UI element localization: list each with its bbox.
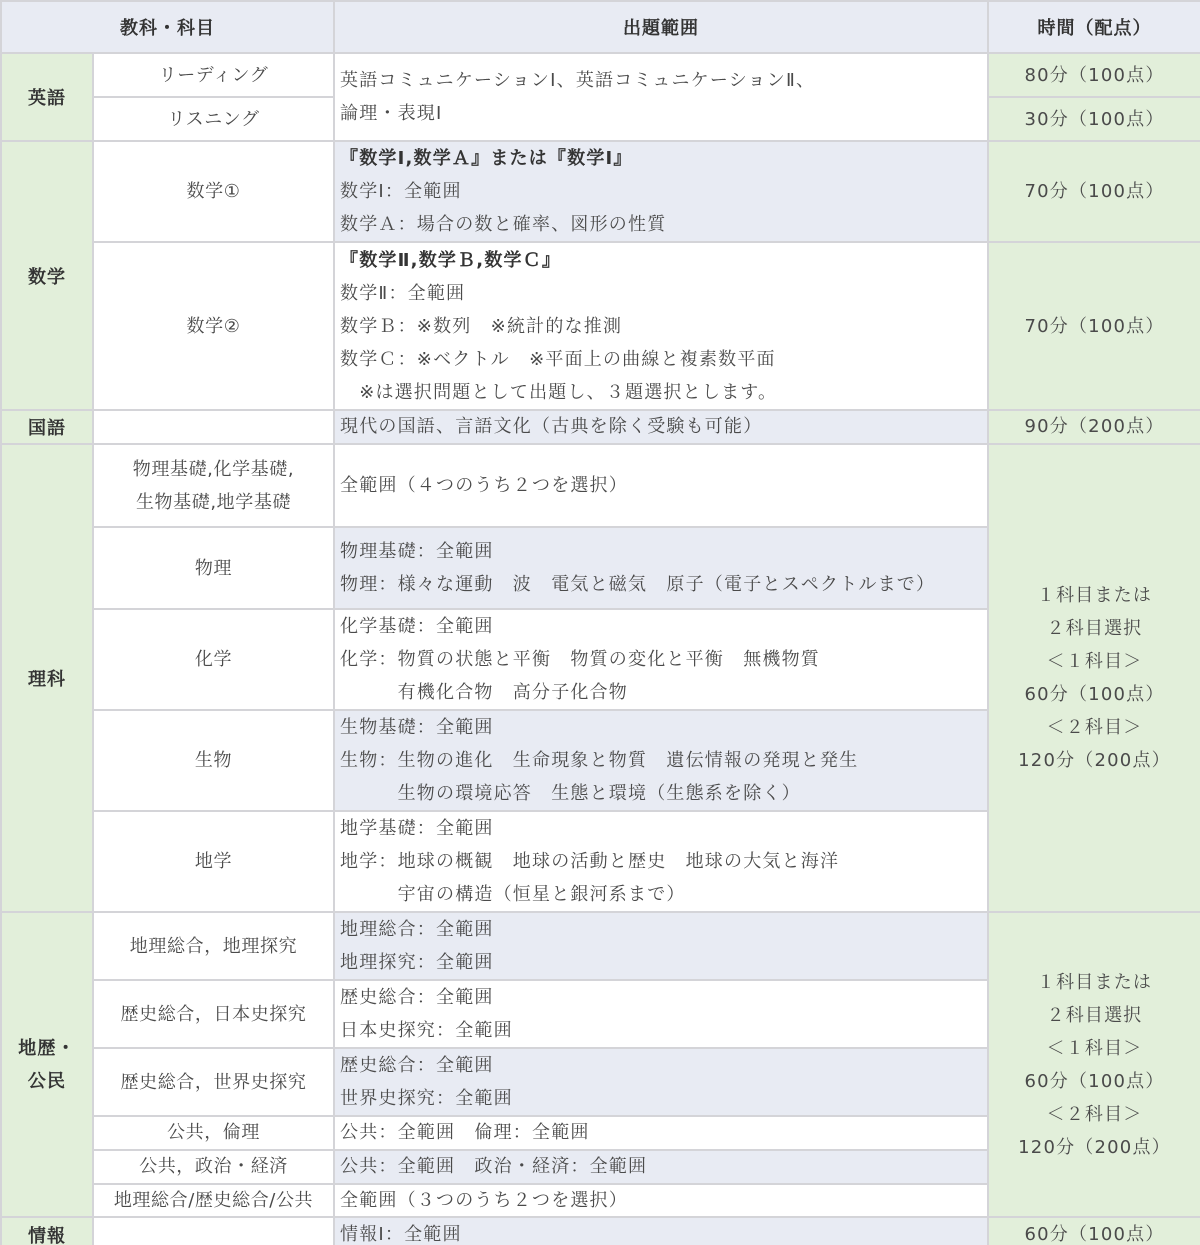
time-label: 70分（100点） [994,310,1195,343]
range-line: 英語コミュニケーションⅠ、英語コミュニケーションⅡ、 [340,64,982,97]
course-cell: 数学① [93,141,334,242]
range-note: ※は選択問題として出題し、３題選択とします。 [340,376,982,409]
course-label: 化学 [99,643,328,676]
range-cell: 全範囲（４つのうち２つを選択） [334,444,988,527]
course-label: 数学① [99,175,328,208]
range-line: 歴史総合：全範囲 [340,1049,982,1082]
time-line: ＜２科目＞ [994,1098,1195,1131]
range-line: 歴史総合：全範囲 [340,981,982,1014]
time-cell: 60分（100点） [988,1217,1200,1245]
subject-cell-math: 数学 [1,141,93,410]
time-cell: 30分（100点） [988,97,1200,141]
range-cell: 地学基礎：全範囲 地学：地球の概観 地球の活動と歴史 地球の大気と海洋 宇宙の構… [334,811,988,912]
table-row-math-1: 数学 数学① 『数学Ⅰ,数学Ａ』または『数学Ⅰ』 数学Ⅰ：全範囲 数学Ａ：場合の… [1,141,1200,242]
course-label: 歴史総合，日本史探究 [99,998,328,1031]
course-label: 数学② [99,310,328,343]
table-row-math-2: 数学② 『数学Ⅱ,数学Ｂ,数学Ｃ』 数学Ⅱ：全範囲 数学Ｂ：※数列 ※統計的な推… [1,242,1200,410]
range-line: 公共：全範囲 倫理：全範囲 [340,1118,982,1148]
course-label: 公共，政治・経済 [99,1152,328,1182]
range-cell: 『数学Ⅰ,数学Ａ』または『数学Ⅰ』 数学Ⅰ：全範囲 数学Ａ：場合の数と確率、図形… [334,141,988,242]
table-header-row: 教科・科目 出題範囲 時間（配点） [1,1,1200,53]
course-cell: 物理 [93,527,334,609]
range-line: 情報Ⅰ：全範囲 [340,1220,982,1245]
course-cell: 地理総合，地理探究 [93,912,334,980]
course-cell: 化学 [93,609,334,710]
time-line: ２科目選択 [994,612,1195,645]
time-line: １科目または [994,966,1195,999]
range-line: 有機化合物 高分子化合物 [340,676,982,709]
range-line: 論理・表現Ⅰ [340,97,982,130]
range-cell: 『数学Ⅱ,数学Ｂ,数学Ｃ』 数学Ⅱ：全範囲 数学Ｂ：※数列 ※統計的な推測 数学… [334,242,988,410]
time-label: 70分（100点） [994,175,1195,208]
course-label: 地学 [99,845,328,878]
subject-cell-civics: 地歴・ 公民 [1,912,93,1217]
range-cell: 英語コミュニケーションⅠ、英語コミュニケーションⅡ、 論理・表現Ⅰ [334,53,988,141]
header-subject: 教科・科目 [1,1,334,53]
time-line: 120分（200点） [994,1131,1195,1164]
range-line: 地学基礎：全範囲 [340,812,982,845]
course-label: リスニング [99,103,328,136]
table-row-japanese: 国語 現代の国語、言語文化（古典を除く受験も可能） 90分（200点） [1,410,1200,444]
range-line: 世界史探究：全範囲 [340,1082,982,1115]
range-line: 公共：全範囲 政治・経済：全範囲 [340,1152,982,1182]
range-line: 現代の国語、言語文化（古典を除く受験も可能） [340,412,982,442]
course-cell: 公共，政治・経済 [93,1150,334,1184]
time-line: ２科目選択 [994,999,1195,1032]
table-row-science-basic: 理科 物理基礎,化学基礎, 生物基礎,地学基礎 全範囲（４つのうち２つを選択） … [1,444,1200,527]
course-cell-empty [93,410,334,444]
range-title: 『数学Ⅰ,数学Ａ』または『数学Ⅰ』 [340,142,982,175]
range-line: 全範囲（３つのうち２つを選択） [340,1186,982,1216]
course-cell: 地理総合/歴史総合/公共 [93,1184,334,1217]
range-line: 地理探究：全範囲 [340,946,982,979]
range-line: 数学Ａ：場合の数と確率、図形の性質 [340,208,982,241]
subject-cell-science: 理科 [1,444,93,912]
time-line: ＜２科目＞ [994,711,1195,744]
range-line: 化学基礎：全範囲 [340,610,982,643]
time-line: 60分（100点） [994,678,1195,711]
range-cell: 化学基礎：全範囲 化学：物質の状態と平衡 物質の変化と平衡 無機物質 有機化合物… [334,609,988,710]
range-line: 物理：様々な運動 波 電気と磁気 原子（電子とスペクトルまで） [340,568,982,601]
table-row-geography: 地歴・ 公民 地理総合，地理探究 地理総合：全範囲 地理探究：全範囲 １科目また… [1,912,1200,980]
range-line: 化学：物質の状態と平衡 物質の変化と平衡 無機物質 [340,643,982,676]
range-cell: 全範囲（３つのうち２つを選択） [334,1184,988,1217]
range-line: 数学Ｂ：※数列 ※統計的な推測 [340,310,982,343]
subject-cell-japanese: 国語 [1,410,93,444]
course-label: 物理基礎,化学基礎, [99,453,328,486]
time-cell-science: １科目または ２科目選択 ＜１科目＞ 60分（100点） ＜２科目＞ 120分（… [988,444,1200,912]
table-row-information: 情報 情報Ⅰ：全範囲 60分（100点） [1,1217,1200,1245]
range-cell: 公共：全範囲 政治・経済：全範囲 [334,1150,988,1184]
range-line: 数学Ⅱ：全範囲 [340,277,982,310]
range-line: 全範囲（４つのうち２つを選択） [340,469,982,502]
time-cell: 80分（100点） [988,53,1200,97]
course-label: リーディング [99,59,328,92]
time-cell: 70分（100点） [988,141,1200,242]
range-line: 生物基礎：全範囲 [340,711,982,744]
subject-label: 地歴・ [7,1032,87,1065]
course-label: 公共，倫理 [99,1118,328,1148]
course-cell: 歴史総合，日本史探究 [93,980,334,1048]
time-line: 60分（100点） [994,1065,1195,1098]
header-range: 出題範囲 [334,1,988,53]
course-label: 物理 [99,552,328,585]
course-label: 生物基礎,地学基礎 [99,486,328,519]
course-cell: 物理基礎,化学基礎, 生物基礎,地学基礎 [93,444,334,527]
time-line: １科目または [994,579,1195,612]
time-label: 80分（100点） [994,59,1195,92]
range-cell: 情報Ⅰ：全範囲 [334,1217,988,1245]
range-cell: 歴史総合：全範囲 世界史探究：全範囲 [334,1048,988,1116]
range-cell: 地理総合：全範囲 地理探究：全範囲 [334,912,988,980]
course-label: 地理総合，地理探究 [99,930,328,963]
range-line: 地理総合：全範囲 [340,913,982,946]
time-line: ＜１科目＞ [994,1032,1195,1065]
subject-cell-english: 英語 [1,53,93,141]
time-label: 60分（100点） [994,1220,1195,1245]
range-cell: 歴史総合：全範囲 日本史探究：全範囲 [334,980,988,1048]
course-label: 生物 [99,744,328,777]
course-cell: リスニング [93,97,334,141]
range-cell: 物理基礎：全範囲 物理：様々な運動 波 電気と磁気 原子（電子とスペクトルまで） [334,527,988,609]
range-title: 『数学Ⅱ,数学Ｂ,数学Ｃ』 [340,244,982,277]
course-cell-empty [93,1217,334,1245]
time-cell: 90分（200点） [988,410,1200,444]
range-line: 生物の環境応答 生態と環境（生態系を除く） [340,777,982,810]
course-cell: リーディング [93,53,334,97]
range-line: 宇宙の構造（恒星と銀河系まで） [340,878,982,911]
range-cell: 公共：全範囲 倫理：全範囲 [334,1116,988,1150]
course-cell: 歴史総合，世界史探究 [93,1048,334,1116]
range-line: 数学Ｃ：※ベクトル ※平面上の曲線と複素数平面 [340,343,982,376]
table-row-english-reading: 英語 リーディング 英語コミュニケーションⅠ、英語コミュニケーションⅡ、 論理・… [1,53,1200,97]
time-cell-civics: １科目または ２科目選択 ＜１科目＞ 60分（100点） ＜２科目＞ 120分（… [988,912,1200,1217]
range-cell: 生物基礎：全範囲 生物：生物の進化 生命現象と物質 遺伝情報の発現と発生 生物の… [334,710,988,811]
time-label: 30分（100点） [994,103,1195,136]
course-label: 歴史総合，世界史探究 [99,1066,328,1099]
range-line: 生物：生物の進化 生命現象と物質 遺伝情報の発現と発生 [340,744,982,777]
time-line: ＜１科目＞ [994,645,1195,678]
range-line: 数学Ⅰ：全範囲 [340,175,982,208]
header-time: 時間（配点） [988,1,1200,53]
time-cell: 70分（100点） [988,242,1200,410]
time-line: 120分（200点） [994,744,1195,777]
course-cell: 数学② [93,242,334,410]
course-cell: 地学 [93,811,334,912]
range-line: 物理基礎：全範囲 [340,535,982,568]
time-label: 90分（200点） [994,412,1195,442]
range-line: 地学：地球の概観 地球の活動と歴史 地球の大気と海洋 [340,845,982,878]
course-label: 地理総合/歴史総合/公共 [99,1186,328,1216]
exam-subjects-table: 教科・科目 出題範囲 時間（配点） 英語 リーディング 英語コミュニケーションⅠ… [0,0,1200,1245]
subject-label: 公民 [7,1065,87,1098]
course-cell: 公共，倫理 [93,1116,334,1150]
subject-cell-information: 情報 [1,1217,93,1245]
range-line: 日本史探究：全範囲 [340,1014,982,1047]
range-cell: 現代の国語、言語文化（古典を除く受験も可能） [334,410,988,444]
course-cell: 生物 [93,710,334,811]
